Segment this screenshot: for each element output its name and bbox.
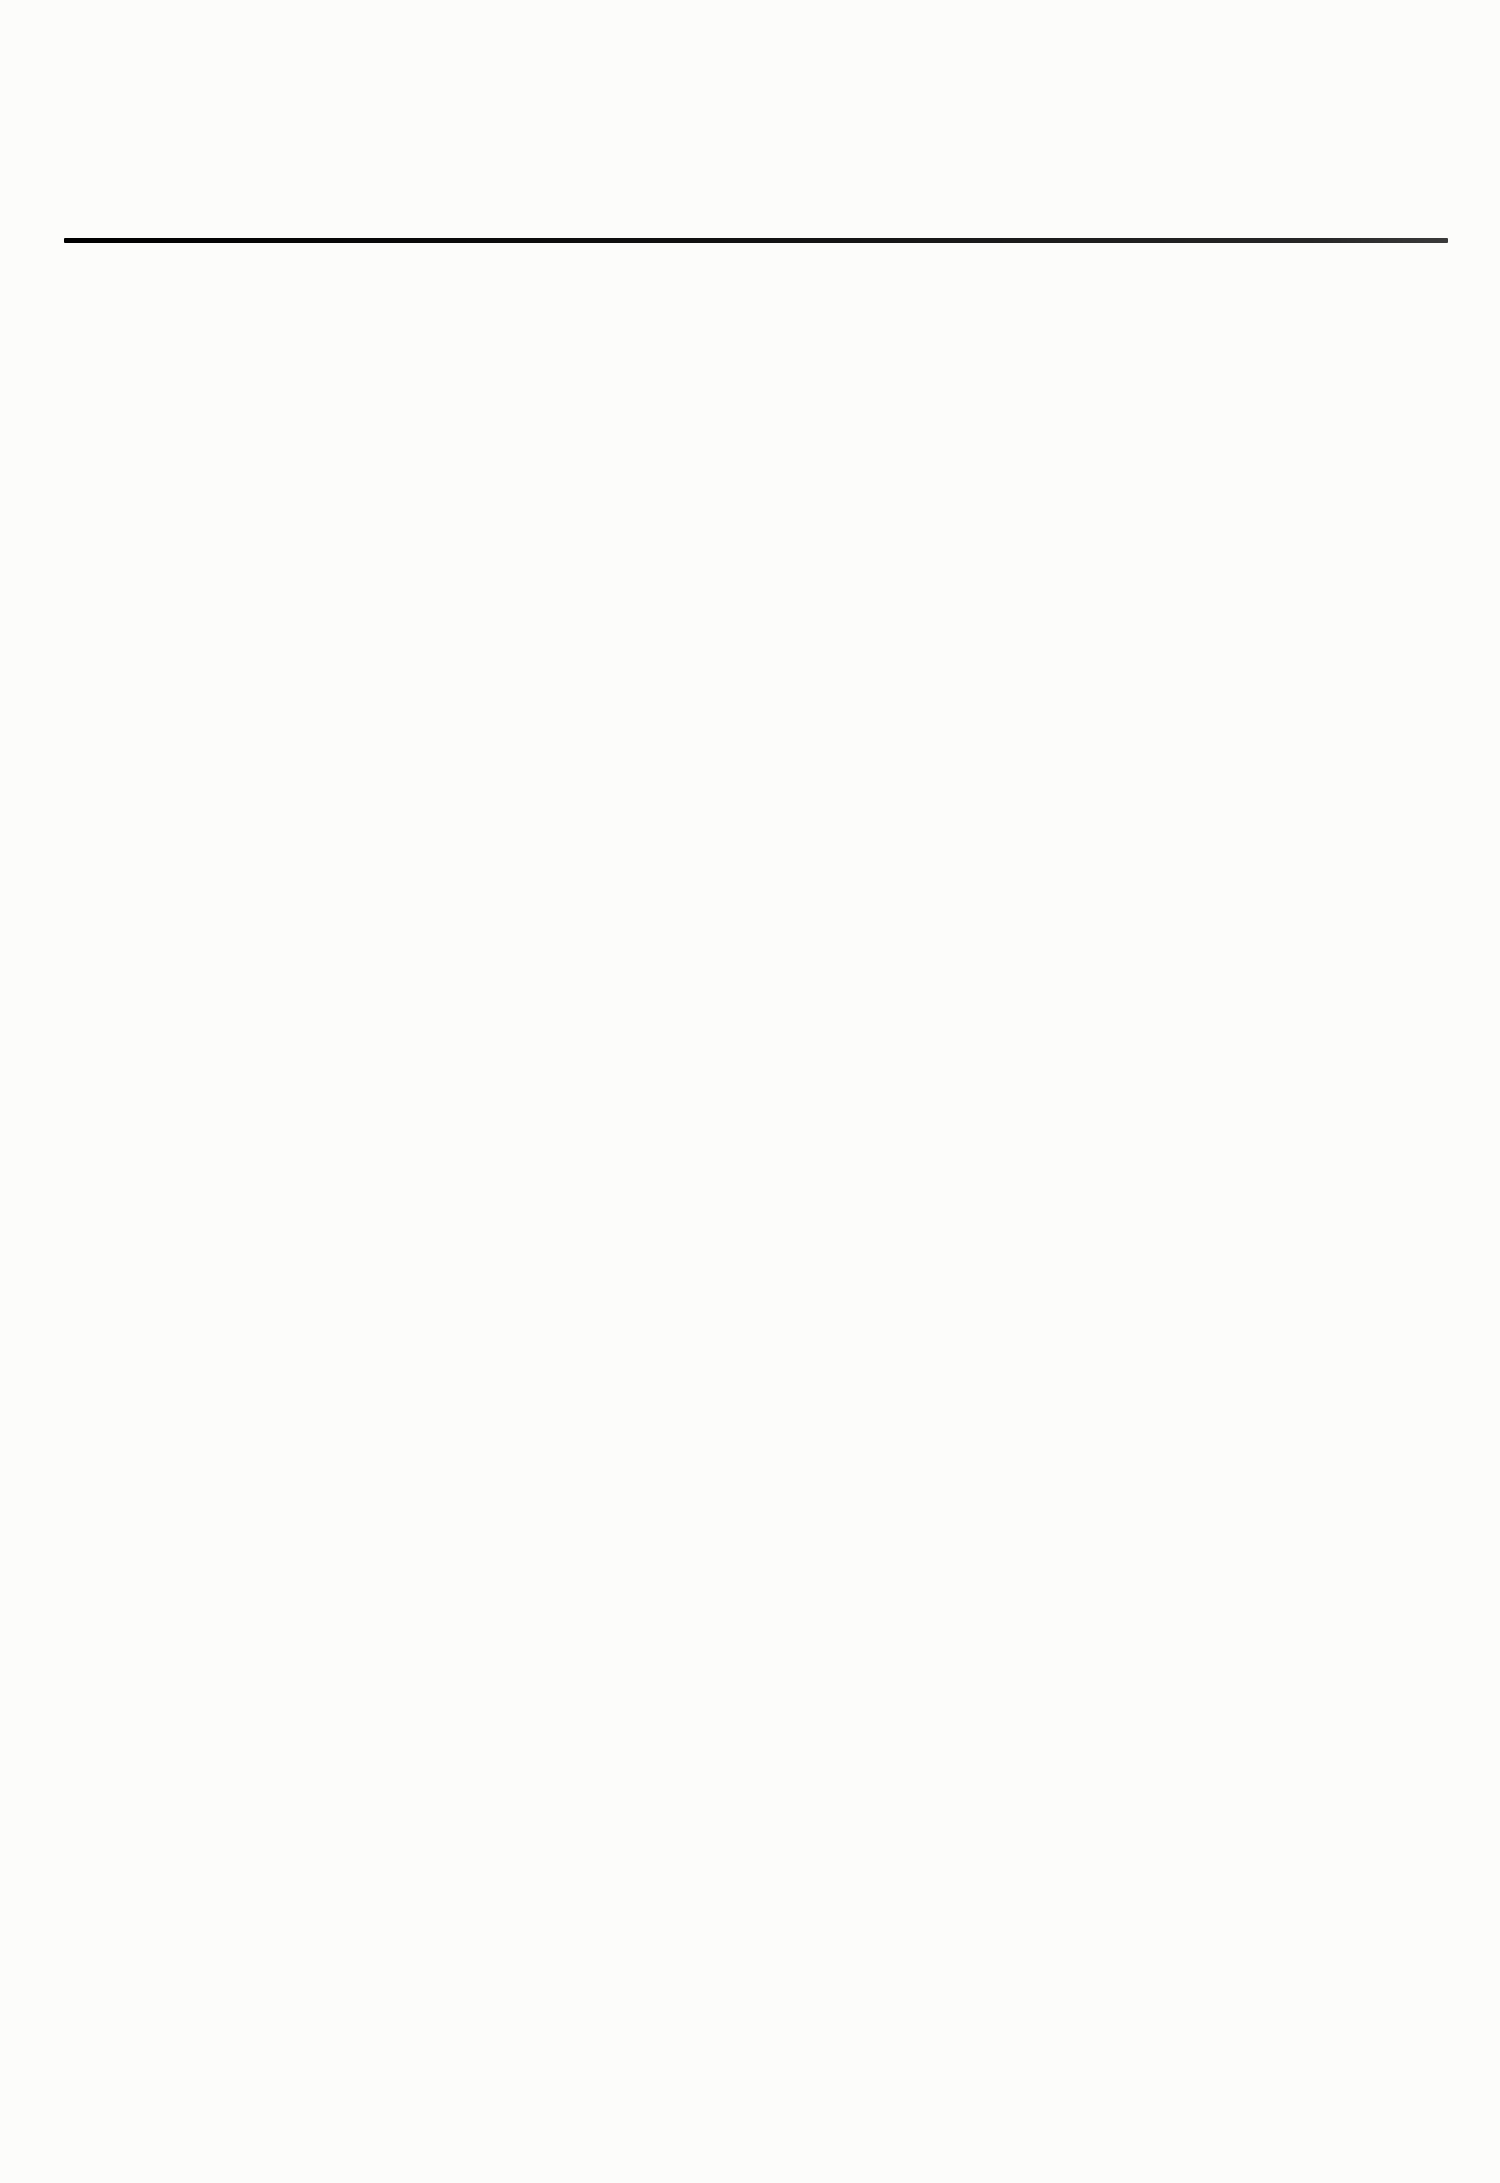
header-rule xyxy=(64,238,1448,243)
page-body xyxy=(64,272,1400,510)
page-footer xyxy=(101,2040,137,2142)
section-heading xyxy=(0,377,1303,449)
book-page xyxy=(0,0,1500,2183)
